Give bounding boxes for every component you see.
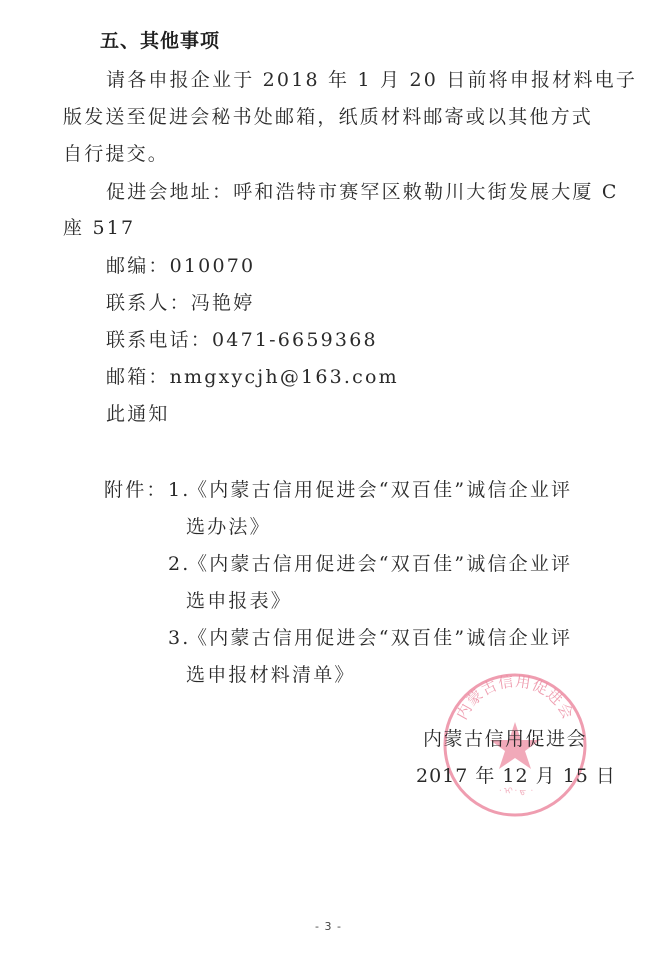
attachments-label: 附件：	[104, 478, 168, 502]
seal-text: 内蒙古信用促进会	[453, 672, 578, 723]
address-line: 促进会地址：呼和浩特市赛罕区敕勒川大街发展大厦 C	[106, 180, 619, 204]
paragraph-line: 自行提交。	[63, 142, 169, 166]
closing-text: 此通知	[106, 402, 170, 426]
signing-date: 2017 年 12 月 15 日	[416, 764, 616, 788]
attachment-title-cont: 选申报材料清单》	[186, 663, 356, 687]
contact-phone: 联系电话：0471-6659368	[106, 328, 378, 352]
paragraph-line: 版发送至促进会秘书处邮箱，纸质材料邮寄或以其他方式	[63, 105, 593, 129]
svg-text:᠂ ᠢ᠂ ᠳ ᠂: ᠂ ᠢ᠂ ᠳ ᠂	[497, 787, 533, 797]
page-number: - 3 -	[0, 920, 657, 933]
attachment-title-cont: 选办法》	[186, 515, 271, 539]
postcode: 邮编：010070	[106, 254, 255, 278]
contact-person: 联系人：冯艳婷	[106, 291, 254, 315]
contact-email: 邮箱：nmgxycjh@163.com	[106, 365, 399, 389]
address-line: 座 517	[63, 216, 135, 240]
attachment-title-cont: 选申报表》	[186, 589, 292, 613]
attachment-title: 《内蒙古信用促进会“双百佳”诚信企业评	[188, 626, 572, 650]
section-title: 五、其他事项	[100, 29, 220, 53]
attachment-title: 《内蒙古信用促进会“双百佳”诚信企业评	[188, 552, 572, 576]
svg-text:内蒙古信用促进会: 内蒙古信用促进会	[453, 672, 578, 723]
paragraph-line: 请各申报企业于 2018 年 1 月 20 日前将申报材料电子	[106, 68, 637, 92]
attachment-title: 《内蒙古信用促进会“双百佳”诚信企业评	[188, 478, 572, 502]
signing-organization: 内蒙古信用促进会	[423, 727, 587, 751]
